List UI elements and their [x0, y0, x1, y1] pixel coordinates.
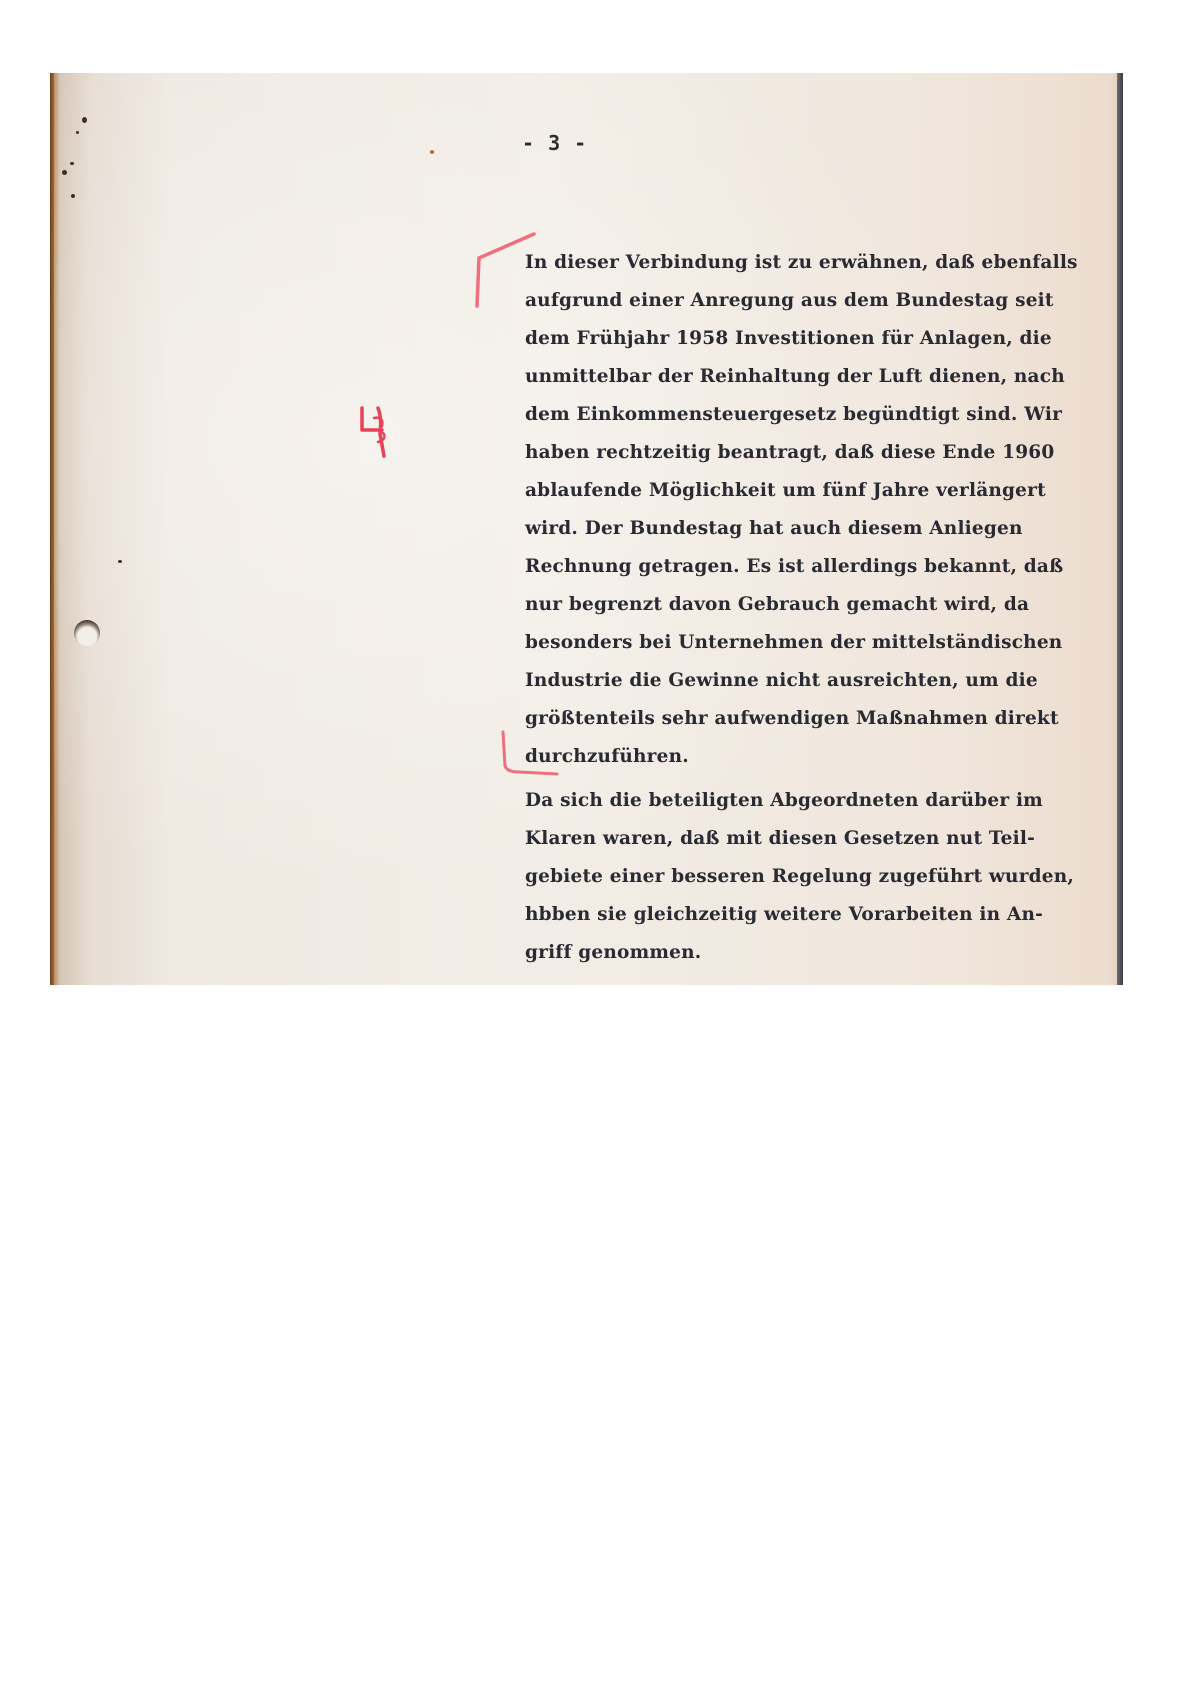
- text-line: größtenteils sehr aufwendigen Maßnahmen …: [525, 700, 1078, 738]
- page-left-edge: [50, 73, 54, 985]
- text-line: besonders bei Unternehmen der mittelstän…: [525, 624, 1078, 662]
- page-number: - 3 -: [522, 131, 587, 155]
- text-line: dem Einkommensteuergesetz begündtigt sin…: [525, 396, 1078, 434]
- text-line: ablaufende Möglichkeit um fünf Jahre ver…: [525, 472, 1078, 510]
- text-line: In dieser Verbindung ist zu erwähnen, da…: [525, 244, 1078, 282]
- text-line: dem Frühjahr 1958 Investitionen für Anla…: [525, 320, 1078, 358]
- text-line: Rechnung getragen. Es ist allerdings bek…: [525, 548, 1078, 586]
- punch-hole: [74, 620, 100, 646]
- page-right-edge: [1117, 73, 1123, 985]
- text-line: griff genommen.: [525, 934, 1074, 972]
- speck: [430, 150, 434, 154]
- text-line: nur begrenzt davon Gebrauch gemacht wird…: [525, 586, 1078, 624]
- paragraph-1: In dieser Verbindung ist zu erwähnen, da…: [525, 244, 1078, 776]
- text-line: Industrie die Gewinne nicht ausreichten,…: [525, 662, 1078, 700]
- speck: [82, 117, 87, 123]
- text-line: unmittelbar der Reinhaltung der Luft die…: [525, 358, 1078, 396]
- paragraph-2: Da sich die beteiligten Abgeordneten dar…: [525, 782, 1074, 972]
- text-line: Klaren waren, daß mit diesen Gesetzen nu…: [525, 820, 1074, 858]
- text-line: wird. Der Bundestag hat auch diesem Anli…: [525, 510, 1078, 548]
- speck: [70, 162, 74, 165]
- speck: [118, 560, 122, 563]
- text-line: aufgrund einer Anregung aus dem Bundesta…: [525, 282, 1078, 320]
- text-line: haben rechtzeitig beantragt, daß diese E…: [525, 434, 1078, 472]
- speck: [62, 170, 67, 175]
- text-line: hbben sie gleichzeitig weitere Vorarbeit…: [525, 896, 1074, 934]
- speck: [71, 194, 75, 198]
- speck: [76, 131, 79, 134]
- text-line: gebiete einer besseren Regelung zugeführ…: [525, 858, 1074, 896]
- text-line: durchzuführen.: [525, 738, 1078, 776]
- text-line: Da sich die beteiligten Abgeordneten dar…: [525, 782, 1074, 820]
